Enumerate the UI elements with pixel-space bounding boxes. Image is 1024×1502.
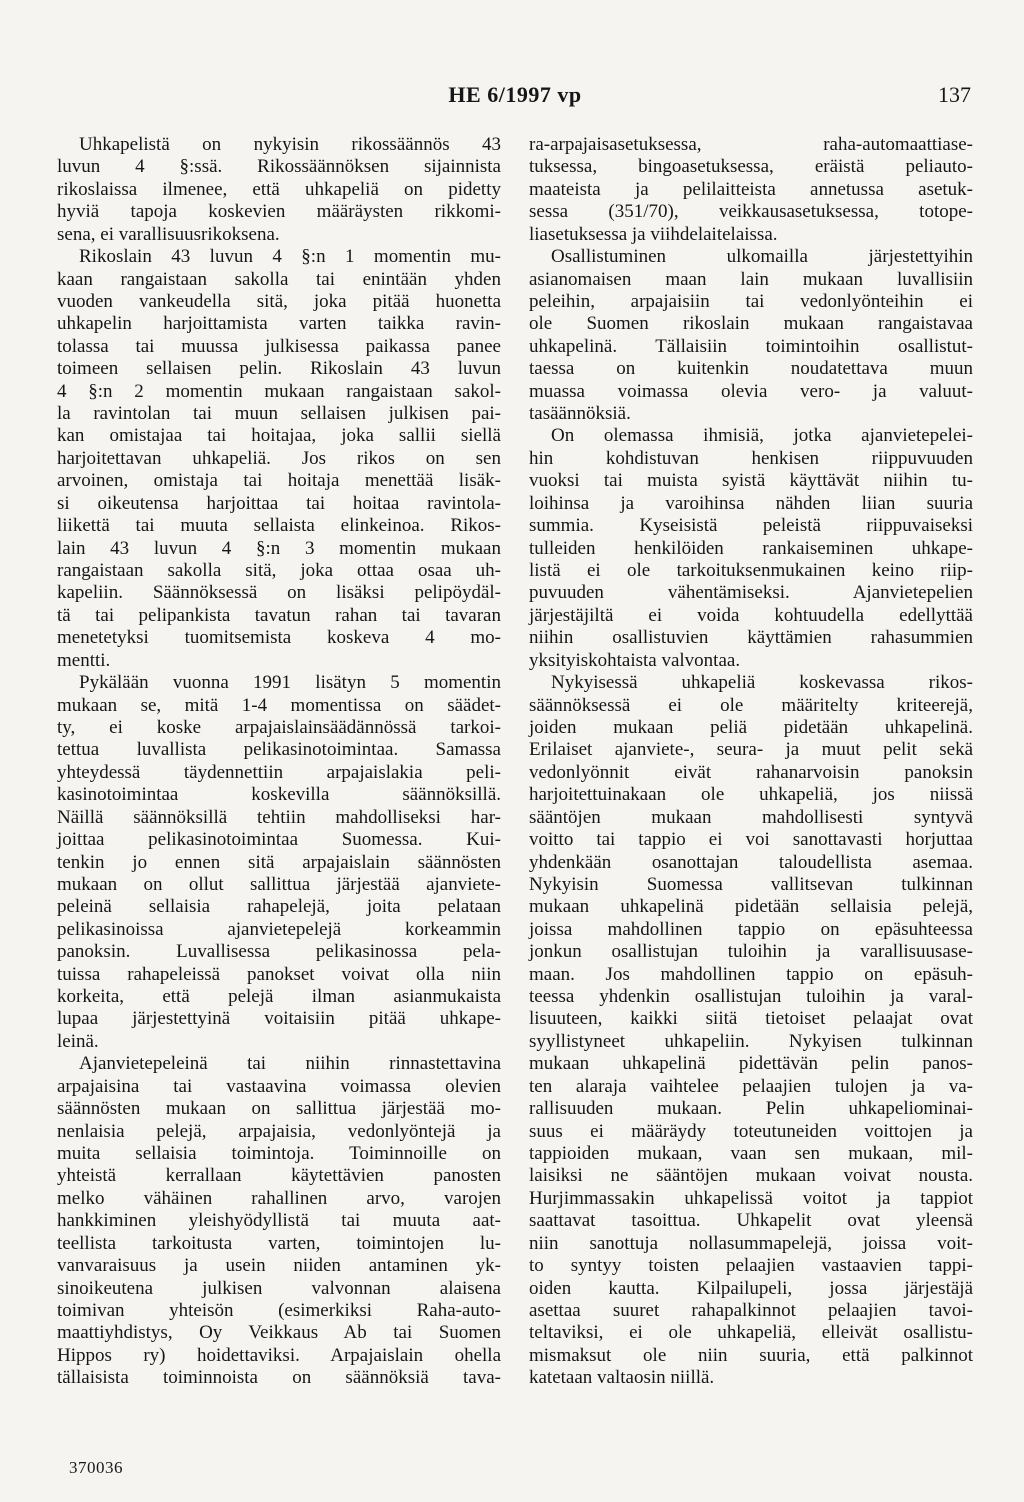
text-line: tenkin jo ennen sitä arpajaislain säännö…: [57, 852, 501, 874]
text-line: niihin osallistuvien käyttämien rahasumm…: [529, 627, 973, 649]
text-line: melko vähäinen rahallinen arvo, varojen: [57, 1188, 501, 1210]
text-line: taessa on kuitenkin noudatettava muun: [529, 358, 973, 380]
text-line: tuissa rahapeleissä panokset voivat olla…: [57, 964, 501, 986]
paragraph: On olemassa ihmisiä, jotka ajanvietepele…: [529, 425, 973, 672]
text-line: hyviä tapoja koskevien määräysten rikkom…: [57, 201, 501, 223]
text-line: mukaan uhkapelinä pidetään sellaisia pel…: [529, 896, 973, 918]
text-line: rangaistaan sakolla sitä, joka ottaa osa…: [57, 560, 501, 582]
text-line: Nykyisessä uhkapeliä koskevassa rikos-: [529, 672, 973, 694]
text-line: ole Suomen rikoslain mukaan rangaistavaa: [529, 313, 973, 335]
document-page: HE 6/1997 vp 137 Uhkapelistä on nykyisin…: [0, 0, 1024, 1502]
text-line: Erilaiset ajanviete-, seura- ja muut pel…: [529, 739, 973, 761]
text-line: oiden kautta. Kilpailupeli, jossa järjes…: [529, 1278, 973, 1300]
text-line: Nykyisin Suomessa vallitsevan tulkinnan: [529, 874, 973, 896]
text-line: tulleiden henkilöiden rankaiseminen uhka…: [529, 538, 973, 560]
text-line: rikoslaissa ilmenee, että uhkapeliä on p…: [57, 179, 501, 201]
text-line: maateista ja pelilaitteista annetussa as…: [529, 179, 973, 201]
text-line: järjestäjiltä ei voida kohtuudella edell…: [529, 605, 973, 627]
text-line: uhkapelinä. Tällaisiin toimintoihin osal…: [529, 336, 973, 358]
text-line: peleinä sellaisia rahapelejä, joita pela…: [57, 896, 501, 918]
text-line: katetaan valtaosin niillä.: [529, 1367, 973, 1389]
text-line: panoksin. Luvallisessa pelikasinossa pel…: [57, 941, 501, 963]
text-line: suus ei määräydy toteutuneiden voittojen…: [529, 1121, 973, 1143]
text-line: hin kohdistuvan henkisen riippuvuuden: [529, 448, 973, 470]
text-line: korkeita, että pelejä ilman asianmukaist…: [57, 986, 501, 1008]
text-line: ty, ei koske arpajaislainsäädännössä tar…: [57, 717, 501, 739]
text-line: tä tai pelipankista tavatun rahan tai ta…: [57, 605, 501, 627]
text-line: maan. Jos mahdollinen tappio on epäsuh-: [529, 964, 973, 986]
text-line: vedonlyönnit eivät rahanarvoisin panoksi…: [529, 762, 973, 784]
text-line: saattavat tasoittua. Uhkapelit ovat ylee…: [529, 1210, 973, 1232]
text-line: toimivan yhteisön (esimerkiksi Raha-auto…: [57, 1300, 501, 1322]
text-line: laisiksi ne sääntöjen mukaan voivat nous…: [529, 1165, 973, 1187]
paragraph: Pykälään vuonna 1991 lisätyn 5 momentinm…: [57, 672, 501, 1053]
text-line: harjoitettavan uhkapeliä. Jos rikos on s…: [57, 448, 501, 470]
text-line: maattiyhdistys, Oy Veikkaus Ab tai Suome…: [57, 1322, 501, 1344]
text-line: luvun 4 §:ssä. Rikossäännöksen sijainnis…: [57, 156, 501, 178]
text-line: yhteistä kerrallaan käytettävien panoste…: [57, 1165, 501, 1187]
text-columns: Uhkapelistä on nykyisin rikossäännös 43l…: [57, 134, 973, 1390]
text-line: sinoikeutena julkisen valvonnan alaisena: [57, 1278, 501, 1300]
text-line: mukaan se, mitä 1-4 momentissa on säädet…: [57, 695, 501, 717]
text-line: lupaa järjestettyinä voitaisiin pitää uh…: [57, 1008, 501, 1030]
page-number: 137: [938, 82, 971, 108]
text-line: Ajanvietepeleinä tai niihin rinnastettav…: [57, 1053, 501, 1075]
text-line: voitto tai tappio ei voi sanottavasti ho…: [529, 829, 973, 851]
text-line: teellista tarkoitusta varten, toimintoje…: [57, 1233, 501, 1255]
text-line: yksityiskohtaista valvontaa.: [529, 650, 973, 672]
text-line: liikettä tai muuta sellaista elinkeinoa.…: [57, 515, 501, 537]
text-line: Uhkapelistä on nykyisin rikossäännös 43: [57, 134, 501, 156]
text-line: summia. Kyseisistä peleistä riippuvaisek…: [529, 515, 973, 537]
text-line: to syntyy toisten pelaajien vastaavien t…: [529, 1255, 973, 1277]
text-line: la ravintolan tai muun sellaisen julkise…: [57, 403, 501, 425]
text-line: pelikasinoissa ajanvietepelejä korkeammi…: [57, 919, 501, 941]
text-line: listä ei ole tarkoituksenmukainen keino …: [529, 560, 973, 582]
paragraph: Rikoslain 43 luvun 4 §:n 1 momentin mu-k…: [57, 246, 501, 672]
text-line: syyllistyneet uhkapeliin. Nykyisen tulki…: [529, 1031, 973, 1053]
text-line: ten alaraja vaihtelee pelaajien tulojen …: [529, 1076, 973, 1098]
text-line: sääntöjen mukaan mahdollisesti syntyvä: [529, 807, 973, 829]
text-line: kapeliin. Säännöksessä on lisäksi pelipö…: [57, 582, 501, 604]
paragraph: Nykyisessä uhkapeliä koskevassa rikos-sä…: [529, 672, 973, 1390]
text-line: 4 §:n 2 momentin mukaan rangaistaan sako…: [57, 381, 501, 403]
text-line: muassa voimassa olevia vero- ja valuut-: [529, 381, 973, 403]
text-line: joittaa pelikasinotoimintaa Suomessa. Ku…: [57, 829, 501, 851]
text-line: arvoinen, omistaja tai hoitaja menettää …: [57, 470, 501, 492]
text-line: kaan rangaistaan sakolla tai enintään yh…: [57, 269, 501, 291]
text-line: Hippos ry) hoidettaviksi. Arpajaislain o…: [57, 1345, 501, 1367]
text-line: vanvaraisuus ja usein niiden antaminen y…: [57, 1255, 501, 1277]
text-line: tasäännöksiä.: [529, 403, 973, 425]
text-line: harjoitettuinakaan ole uhkapeliä, jos ni…: [529, 784, 973, 806]
text-line: loihinsa ja varoihinsa nähden liian suur…: [529, 493, 973, 515]
text-line: muita sellaisia toimintoja. Toiminnoille…: [57, 1143, 501, 1165]
text-line: Näillä säännöksillä tehtiin mahdolliseks…: [57, 807, 501, 829]
text-line: mentti.: [57, 650, 501, 672]
text-line: joissa mahdollinen tappio on epäsuhteess…: [529, 919, 973, 941]
text-line: joiden mukaan peliä pidetään uhkapelinä.: [529, 717, 973, 739]
text-line: yhdenkään osanottajan taloudellista asem…: [529, 852, 973, 874]
page-header: HE 6/1997 vp 137: [57, 82, 973, 110]
text-line: vuoksi tai muista syistä käyttävät niihi…: [529, 470, 973, 492]
text-line: mukaan on ollut sallittua järjestää ajan…: [57, 874, 501, 896]
paragraph: Ajanvietepeleinä tai niihin rinnastettav…: [57, 1053, 501, 1389]
text-line: sena, ei varallisuusrikoksena.: [57, 224, 501, 246]
text-line: On olemassa ihmisiä, jotka ajanvietepele…: [529, 425, 973, 447]
text-line: hankkiminen yleishyödyllistä tai muuta a…: [57, 1210, 501, 1232]
text-line: niin sanottuja nollasummapelejä, joissa …: [529, 1233, 973, 1255]
text-line: tappioiden mukaan, vaan sen mukaan, mil-: [529, 1143, 973, 1165]
text-line: lisuuteen, kaikki siitä tietoiset pelaaj…: [529, 1008, 973, 1030]
text-line: Rikoslain 43 luvun 4 §:n 1 momentin mu-: [57, 246, 501, 268]
text-line: liasetuksessa ja viihdelaitelaissa.: [529, 224, 973, 246]
text-line: yhteydessä täydennettiin arpajaislakia p…: [57, 762, 501, 784]
text-line: toimeen sellaisen pelin. Rikoslain 43 lu…: [57, 358, 501, 380]
text-line: tolassa tai muussa julkisessa paikassa p…: [57, 336, 501, 358]
text-line: teessa yhdenkin osallistujan tuloihin ja…: [529, 986, 973, 1008]
text-line: puvuuden vähentämiseksi. Ajanvietepelien: [529, 582, 973, 604]
text-line: lain 43 luvun 4 §:n 3 momentin mukaan: [57, 538, 501, 560]
text-line: tettua luvallista pelikasinotoimintaa. S…: [57, 739, 501, 761]
text-line: si oikeutensa harjoittaa tai hoitaa ravi…: [57, 493, 501, 515]
text-line: tällaisista toiminnoista on säännöksiä t…: [57, 1367, 501, 1389]
text-line: Pykälään vuonna 1991 lisätyn 5 momentin: [57, 672, 501, 694]
text-line: mismaksut ole niin suuria, että palkinno…: [529, 1345, 973, 1367]
text-line: kan omistajaa tai hoitajaa, joka sallii …: [57, 425, 501, 447]
text-line: jonkun osallistujan tuloihin ja varallis…: [529, 941, 973, 963]
text-line: sessa (351/70), veikkausasetuksessa, tot…: [529, 201, 973, 223]
text-line: ra-arpajaisasetuksessa, raha-automaattia…: [529, 134, 973, 156]
text-line: kasinotoimintaa koskevilla säännöksillä.: [57, 784, 501, 806]
text-line: rallisuuden mukaan. Pelin uhkapeliominai…: [529, 1098, 973, 1120]
text-line: asianomaisen maan lain mukaan luvallisii…: [529, 269, 973, 291]
text-line: Hurjimmassakin uhkapelissä voitot ja tap…: [529, 1188, 973, 1210]
document-id: HE 6/1997 vp: [57, 82, 973, 108]
left-column: Uhkapelistä on nykyisin rikossäännös 43l…: [57, 134, 501, 1390]
text-line: säännöksessä ei ole määritelty kriteerej…: [529, 695, 973, 717]
text-line: asettaa suuret rahapalkinnot pelaajien t…: [529, 1300, 973, 1322]
right-column: ra-arpajaisasetuksessa, raha-automaattia…: [529, 134, 973, 1390]
text-line: menetetyksi tuomitsemista koskeva 4 mo-: [57, 627, 501, 649]
text-line: vuoden vankeudella sitä, joka pitää huon…: [57, 291, 501, 313]
text-line: teltaviksi, ei ole uhkapeliä, elleivät o…: [529, 1322, 973, 1344]
print-code: 370036: [69, 1458, 123, 1478]
paragraph: Osallistuminen ulkomailla järjestettyihi…: [529, 246, 973, 425]
text-line: peleihin, arpajaisiin tai vedonlyönteihi…: [529, 291, 973, 313]
text-line: nenlaisia pelejä, arpajaisia, vedonlyönt…: [57, 1121, 501, 1143]
text-line: uhkapelin harjoittamista varten taikka r…: [57, 313, 501, 335]
paragraph: ra-arpajaisasetuksessa, raha-automaattia…: [529, 134, 973, 246]
text-line: säännösten mukaan on sallittua järjestää…: [57, 1098, 501, 1120]
text-line: arpajaisina tai vastaavina voimassa olev…: [57, 1076, 501, 1098]
paragraph: Uhkapelistä on nykyisin rikossäännös 43l…: [57, 134, 501, 246]
text-line: leinä.: [57, 1031, 501, 1053]
text-line: mukaan uhkapelinä pidettävän pelin panos…: [529, 1053, 973, 1075]
text-line: tuksessa, bingoasetuksessa, eräistä peli…: [529, 156, 973, 178]
text-line: Osallistuminen ulkomailla järjestettyihi…: [529, 246, 973, 268]
